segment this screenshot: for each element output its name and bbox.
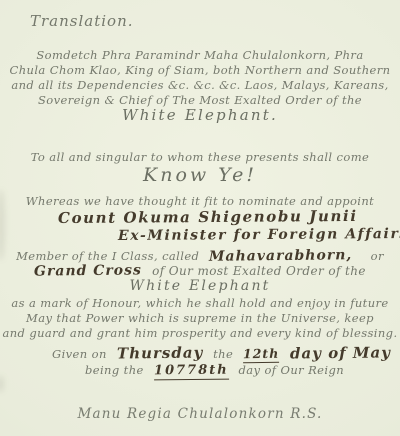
grand-cross-line: Grand Cross of Our most Exalted Order of… [0, 263, 400, 279]
royal-titles-line-3: and all its Dependencies &c. &c. &c. Lao… [0, 78, 400, 92]
royal-titles-line-4: Sovereign & Chief of The Most Exalted Or… [0, 93, 400, 107]
paper-edge-smudge [0, 376, 4, 392]
whereas-line: Whereas we have thought it fit to nomina… [0, 194, 400, 208]
reign-prefix: being the [85, 363, 144, 377]
date-weekday: Thursday [117, 344, 203, 363]
royal-titles-line-2: Chula Chom Klao, King of Siam, both Nort… [0, 63, 400, 77]
class-line-suffix: or [371, 249, 384, 263]
translation-label: Translation. [30, 12, 134, 30]
document-photo: Translation. Somdetch Phra Paramindr Mah… [0, 0, 400, 436]
class-line-prefix: Member of the I Class, called [16, 249, 199, 263]
class-line: Member of the I Class, called Mahavarabh… [0, 248, 400, 264]
reign-suffix: day of Our Reign [239, 363, 345, 377]
date-prefix: Given on [52, 347, 107, 361]
grand-cross-rest: of Our most Exalted Order of the [152, 264, 366, 278]
order-name-repeat: White Elephant [0, 278, 400, 294]
blessing-line-2: and guard and grant him prosperity and e… [0, 326, 400, 340]
blessing-line-1: May that Power which is supreme in the U… [0, 311, 400, 325]
appointee-name: Count Okuma Shigenobu Junii [58, 207, 358, 227]
salutation-line: To all and singular to whom these presen… [0, 150, 400, 164]
royal-signature: Manu Regia Chulalonkorn R.S. [0, 406, 400, 422]
honour-line: as a mark of Honour, which he shall hold… [0, 296, 400, 310]
date-article: the [213, 347, 233, 361]
royal-titles-line-1: Somdetch Phra Paramindr Maha Chulalonkor… [0, 48, 400, 62]
date-line: Given on Thursday the 12th day of May 18… [52, 344, 400, 363]
reign-day-number: 10778th [154, 363, 229, 381]
order-name-heading: White Elephant. [0, 106, 400, 124]
grand-cross-rank: Grand Cross [34, 262, 142, 279]
know-ye-proclamation: Know Ye! [0, 164, 400, 186]
date-day-number: 12th [243, 346, 279, 363]
reign-line: being the 10778th day of Our Reign [85, 363, 344, 380]
date-day-of-month: day of May [289, 343, 390, 362]
appointee-title: Ex-Minister for Foreign Affairs [118, 226, 400, 244]
